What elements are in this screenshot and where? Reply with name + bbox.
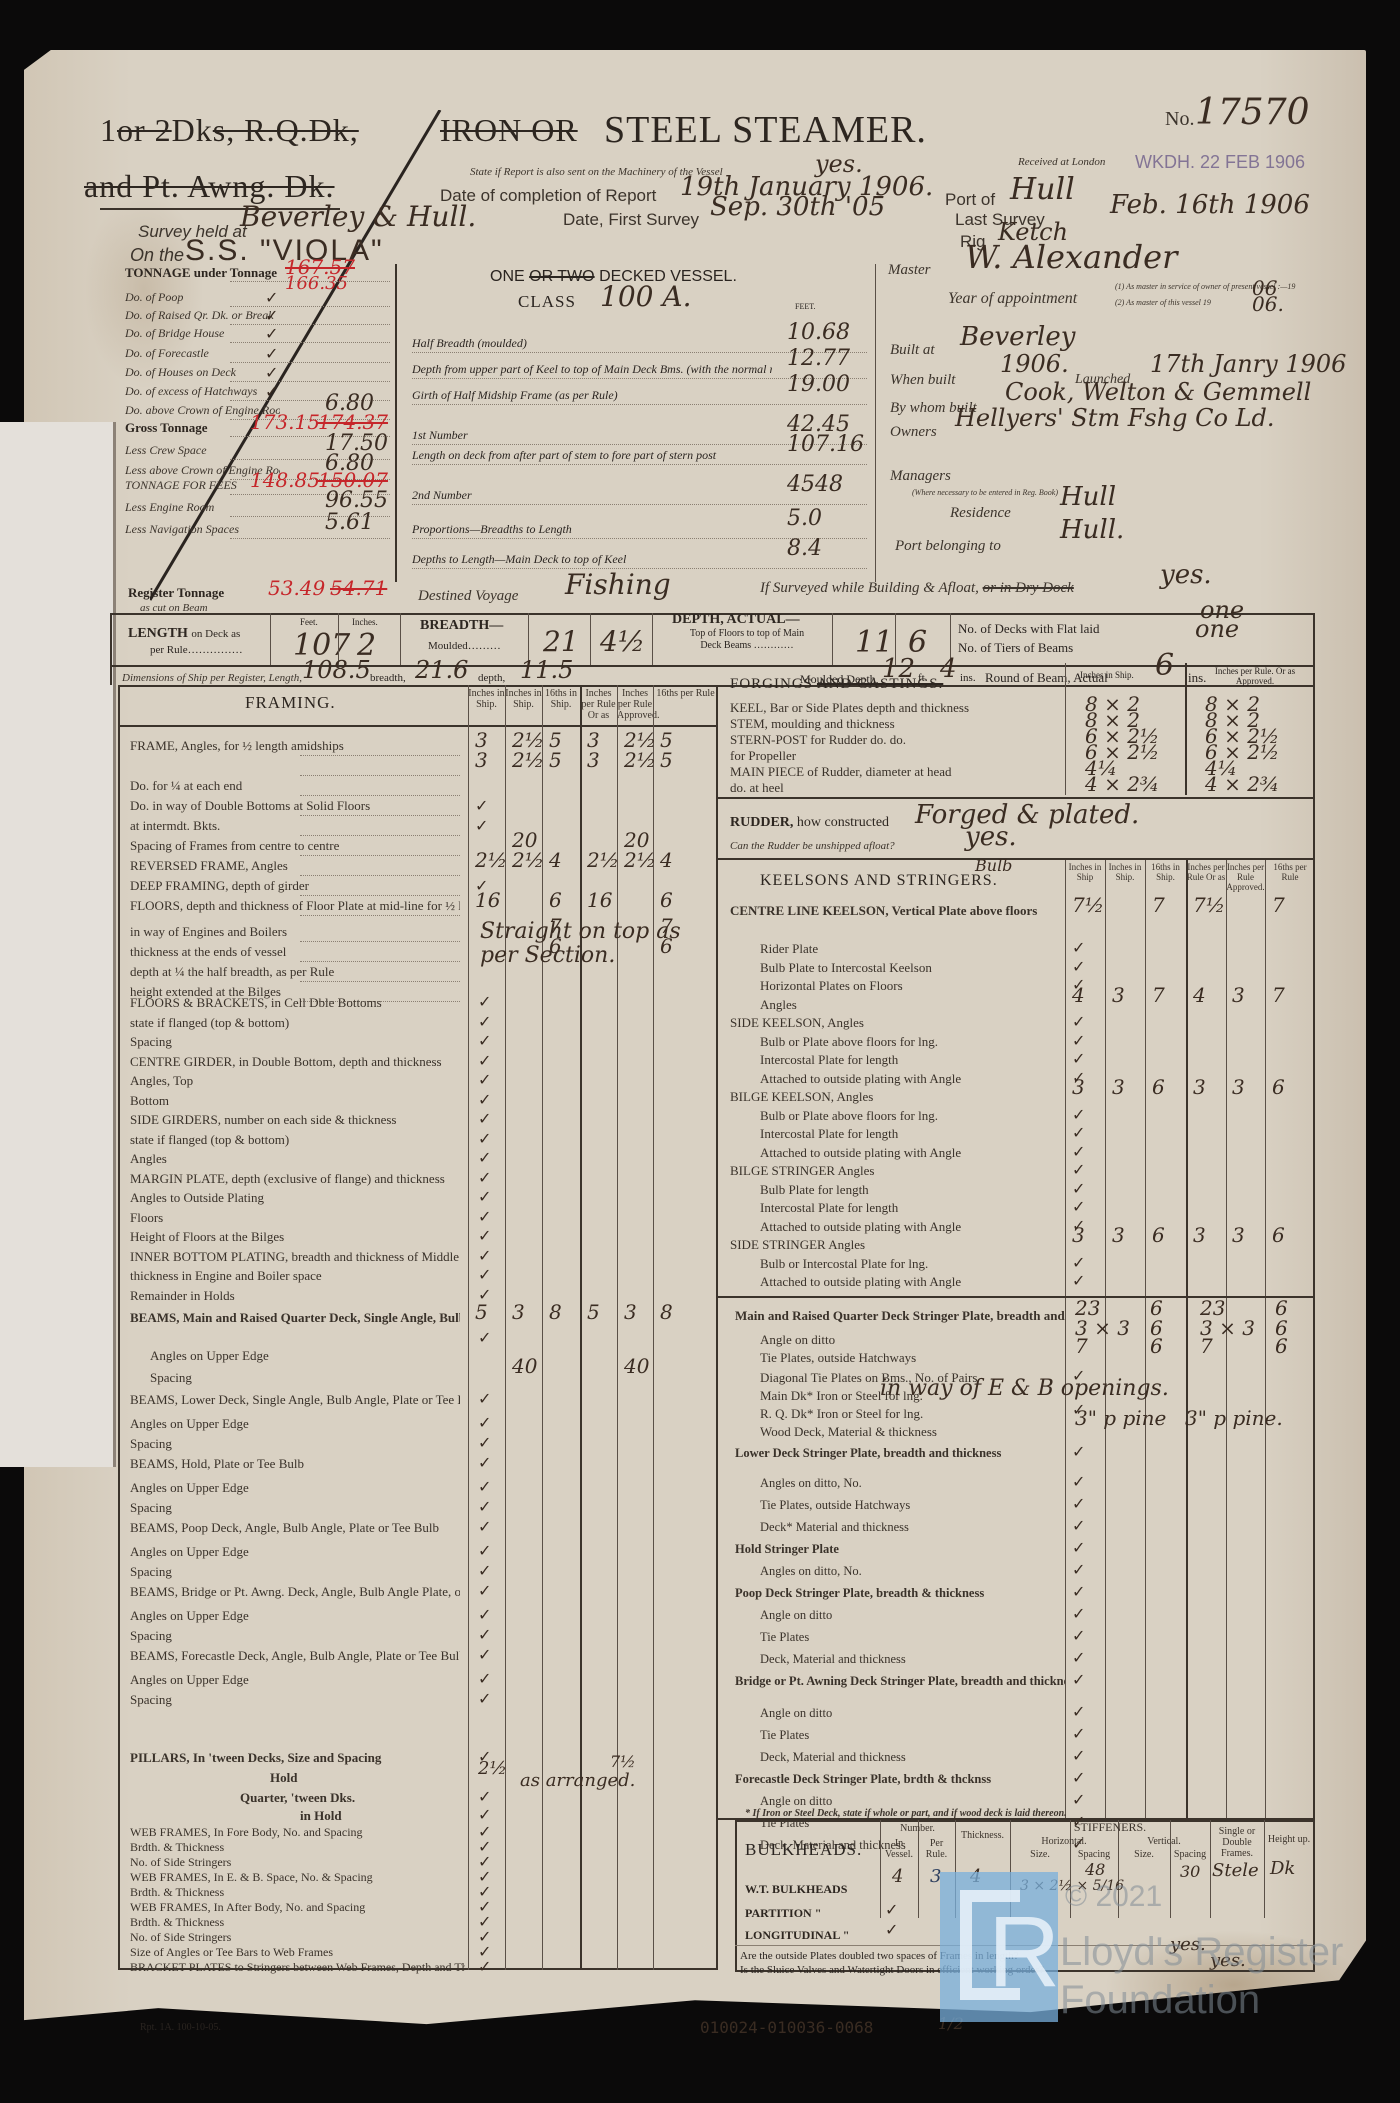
decks-flat-label: No. of Decks with Flat laid: [958, 621, 1100, 637]
keelson-row-label: Intercostal Plate for length: [760, 1052, 1060, 1068]
frames-col-header: Single or Double Frames.: [1210, 1826, 1264, 1859]
framing-row-label: Angles to Outside Plating: [130, 1190, 460, 1206]
wt-bulkheads-label: W.T. BULKHEADS: [745, 1882, 847, 1897]
check-mark: ✓: [478, 1581, 491, 1601]
check-mark: ✓: [1072, 1494, 1085, 1514]
dotted-leader: [300, 795, 460, 796]
web-frame-row-label: Brdth. & Thickness: [130, 1885, 465, 1900]
h-size-col-header: Size.: [1010, 1849, 1070, 1860]
keelson-value: 3: [1232, 983, 1245, 1007]
column-rule: [1186, 860, 1188, 1818]
framing-value: 6: [549, 888, 562, 912]
built-at-value: Beverley: [960, 322, 1075, 352]
centre-line-keelson-label: CENTRE LINE KEELSON, Vertical Plate abov…: [730, 903, 1060, 919]
keelson-row-label: Intercostal Plate for length: [760, 1126, 1060, 1142]
framing-row-label: FLOORS, depth and thickness of Floor Pla…: [130, 898, 460, 914]
check-mark: ✓: [478, 1433, 491, 1453]
check-mark: ✓: [478, 1497, 491, 1517]
pillars-note: as arranged.: [520, 1770, 635, 1791]
master-value: W. Alexander: [965, 238, 1177, 276]
year-appointment-2-value: 06.: [1252, 292, 1284, 316]
check-mark: ✓: [265, 306, 278, 326]
feet-label: FEET.: [795, 302, 816, 311]
beam-row-label: BEAMS, Bridge or Pt. Awng. Deck, Angle, …: [130, 1584, 460, 1600]
check-mark: ✓: [1072, 1142, 1085, 1162]
tie-plates-label: Tie Plates, outside Hatchways: [760, 1350, 916, 1366]
wood-deck-label: Wood Deck, Material & thickness: [760, 1424, 937, 1440]
managers-note: (Where necessary to be entered in Reg. B…: [912, 488, 1058, 497]
report-number: 17570: [1195, 92, 1310, 133]
check-mark: ✓: [1072, 1538, 1085, 1558]
keelson-value: 6: [1272, 1223, 1285, 1247]
deck-stringer-row-label: Lower Deck Stringer Plate, breadth and t…: [735, 1446, 1065, 1461]
framing-value: 2½: [624, 848, 656, 872]
framing-col-header: 16ths in Ship.: [542, 688, 580, 710]
keelson-row-label: Intercostal Plate for length: [760, 1200, 1060, 1216]
check-mark: ✓: [1072, 1626, 1085, 1646]
web-frame-row-label: BRACKET PLATES to Stringers between Web …: [130, 1960, 465, 1975]
beams-main-value: 3: [624, 1300, 637, 1324]
year-appointment-label: Year of appointment: [948, 290, 1077, 308]
keelson-value: 3: [1232, 1223, 1245, 1247]
number-col-header: Number.: [880, 1823, 955, 1834]
framing-title: FRAMING.: [245, 693, 336, 713]
keelson-value: 4: [1072, 983, 1085, 1007]
bulkheads-title: BULKHEADS.: [745, 1840, 862, 1860]
tonnage-row-label: Do. of Raised Qr. Dk. or Break: [125, 308, 280, 323]
framing-value: 4: [549, 848, 562, 872]
deck-stringer-row-label: Hold Stringer Plate: [735, 1542, 1065, 1557]
rudder-value: Forged & plated.: [915, 800, 1139, 830]
register-depth-label: depth,: [478, 672, 505, 684]
stiffeners-col-header: STIFFENERS.: [1010, 1822, 1210, 1833]
check-mark: ✓: [265, 382, 278, 402]
check-mark: ✓: [1072, 1702, 1085, 1722]
feet-col-label: Feet.: [300, 617, 318, 627]
beam-row-label: BEAMS, Hold, Plate or Tee Bulb: [130, 1456, 460, 1472]
web-frame-row-label: Size of Angles or Tee Bars to Web Frames: [130, 1945, 465, 1960]
keelson-value: 7½: [1072, 893, 1104, 917]
column-rule: [1170, 1820, 1171, 1918]
deck-type-kept: 1: [100, 112, 117, 148]
in-vessel-col-header: In Vessel.: [880, 1838, 918, 1860]
watermark-org-line2: Foundation: [1060, 1978, 1260, 2023]
check-mark: ✓: [1072, 1012, 1085, 1032]
check-mark: ✓: [478, 1787, 491, 1807]
thickness-col-header: Thickness.: [955, 1830, 1010, 1841]
year-appointment-2-label: (2) As master of this vessel 19: [1115, 298, 1211, 307]
launched-value: 17th Janry 1906: [1150, 350, 1346, 378]
web-frame-row-label: WEB FRAMES, In After Body, No. and Spaci…: [130, 1900, 465, 1915]
beams-main-value: 5: [475, 1300, 488, 1324]
web-frame-row-label: Brdth. & Thickness: [130, 1840, 465, 1855]
web-frame-row-label: Brdth. & Thickness: [130, 1915, 465, 1930]
keelson-value: 7: [1272, 983, 1285, 1007]
check-mark: ✓: [478, 1389, 491, 1409]
deck-stringer-row-label: Angles on ditto, No.: [760, 1476, 1090, 1491]
keelsons-title: KEELSONS AND STRINGERS.: [760, 872, 998, 890]
depth-actual-label: DEPTH, ACTUAL—: [672, 612, 800, 628]
class-value: 100 A.: [600, 280, 691, 313]
framing-value: 5: [549, 748, 562, 772]
check-mark: ✓: [1072, 1724, 1085, 1744]
length-label: LENGTH on Deck as: [128, 626, 240, 642]
dotted-leader: [300, 815, 460, 816]
framing-row-label: Angles, Top: [130, 1073, 460, 1089]
column-rule: [1145, 860, 1146, 1818]
beam-spacing-label: Spacing: [150, 1370, 192, 1386]
tonnage-row-label: Less Navigation Spaces: [125, 522, 280, 537]
divider: [718, 797, 1315, 799]
check-mark: ✓: [1072, 1197, 1085, 1217]
wood-deck-ship: 3" p pine: [1075, 1406, 1166, 1430]
check-mark: ✓: [1072, 938, 1085, 958]
dotted-leader: [230, 324, 390, 325]
keelson-value: 3: [1112, 1223, 1125, 1247]
beams-spacing-value: 40: [624, 1354, 649, 1378]
deck-stringer-row-label: Angles on ditto, No.: [760, 1564, 1090, 1579]
framing-row-label: at intermdt. Bkts.: [130, 818, 460, 834]
check-mark: ✓: [478, 1207, 491, 1227]
check-mark: ✓: [478, 1109, 491, 1129]
divider: [832, 613, 833, 665]
vessel-row-label: Length on deck from after part of stem t…: [412, 448, 772, 463]
framing-value: 16: [587, 888, 612, 912]
length-sublabel: per Rule……………: [150, 644, 243, 656]
dotted-leader: [300, 941, 460, 942]
framing-row-label: depth at ¼ the half breadth, as per Rule: [130, 964, 460, 980]
keelson-value: 3: [1193, 1223, 1206, 1247]
v-spacing-col-header: Spacing: [1170, 1849, 1210, 1860]
forging-row-label: for Propeller: [730, 748, 1060, 764]
decked-one: ONE: [490, 268, 525, 285]
forging-row-label: STEM, moulding and thickness: [730, 716, 1060, 732]
keelson-col-header: Inches per Rule Approved.: [1226, 862, 1265, 892]
dotted-leader: [300, 835, 460, 836]
port-belonging-value: Hull.: [1060, 515, 1124, 545]
vertical-col-header: Vertical.: [1118, 1836, 1210, 1847]
rq-dk-label: R. Q. Dk* Iron or Steel for lng.: [760, 1406, 923, 1422]
deck-stringer-row-label: Poop Deck Stringer Plate, breadth & thic…: [735, 1586, 1065, 1601]
keelson-row-label: BILGE STRINGER Angles: [730, 1163, 1060, 1179]
received-label: Received at London: [1018, 156, 1105, 168]
keelson-value: 7½: [1193, 893, 1225, 917]
framing-value: 2½: [475, 848, 507, 872]
beams-main-value: 5: [587, 1300, 600, 1324]
height-col-header: Height up.: [1264, 1834, 1314, 1845]
last-survey-value: Feb. 16th 1906: [1110, 190, 1310, 220]
check-mark: ✓: [1072, 1516, 1085, 1536]
check-mark: ✓: [1072, 1472, 1085, 1492]
round-beam-value: 6: [1155, 648, 1174, 683]
pillars-hold-value: 2½: [478, 1758, 507, 1779]
longitudinal-label: LONGITUDINAL ": [745, 1928, 849, 1943]
check-mark: ✓: [1072, 1790, 1085, 1810]
keelson-value: 3: [1193, 1075, 1206, 1099]
keelson-value: 6: [1272, 1075, 1285, 1099]
framing-value: 2½: [587, 848, 619, 872]
depth-actual-sublabel: Top of Floors to top of MainDeck Beams ……: [672, 628, 822, 652]
main-dk-value: in way of E & B openings.: [880, 1376, 1169, 1401]
owners-value: Hellyers' Stm Fshg Co Ld.: [955, 404, 1275, 432]
framing-row-label: thickness at the ends of vessel: [130, 944, 460, 960]
framing-col-header: 16ths per Rule: [653, 688, 718, 699]
check-mark: ✓: [1072, 1105, 1085, 1125]
check-mark: ✓: [478, 1689, 491, 1709]
beams-main-value: 3: [512, 1300, 525, 1324]
keelson-col-header: Inches per Rule Or as: [1186, 862, 1226, 882]
rudder-label: RUDDER, how constructed: [730, 815, 889, 831]
keelson-value: 3: [1072, 1075, 1085, 1099]
vessel-row-value: 8.4: [787, 536, 822, 561]
keelsons-bulb-note: Bulb: [975, 856, 1012, 875]
deck-footnote: * If Iron or Steel Deck, state if whole …: [745, 1808, 1067, 1819]
dotted-leader: [412, 404, 867, 405]
framing-row-label: Do. in way of Double Bottoms at Solid Fl…: [130, 798, 460, 814]
check-mark: ✓: [1072, 957, 1085, 977]
keelson-value: 4: [1193, 983, 1206, 1007]
beam-row-label: Spacing: [130, 1436, 460, 1452]
beam-row-label: Angles on Upper Edge: [130, 1608, 460, 1624]
breadth-label: BREADTH—: [420, 618, 503, 634]
surveyed-value: yes.: [1160, 560, 1212, 590]
keelson-col-header: 16ths per Rule: [1265, 862, 1315, 882]
deck-stringer-value: 7: [1200, 1334, 1213, 1358]
beam-row-label: Angles on Upper Edge: [130, 1544, 460, 1560]
vessel-row-value: 5.0: [787, 506, 822, 531]
framing-value: 3: [587, 748, 600, 772]
divider: [1185, 663, 1187, 795]
tonnage-row-label: Do. of Poop: [125, 290, 280, 305]
framing-value: 2½: [512, 748, 544, 772]
on-the-label: On the: [130, 245, 184, 266]
beam-row-label: Spacing: [130, 1500, 460, 1516]
divider: [400, 613, 401, 665]
check-mark: ✓: [478, 1605, 491, 1625]
check-mark: ✓: [478, 1187, 491, 1207]
web-frame-row-label: WEB FRAMES, In E. & B. Space, No. & Spac…: [130, 1870, 465, 1885]
pillars-note-value: 7½: [610, 1752, 636, 1771]
surveyed-label: If Surveyed while Building & Afloat, or …: [760, 580, 1074, 597]
framing-row-label: DEEP FRAMING, depth of girder: [130, 878, 460, 894]
tonnage-row-label: Do. of Forecastle: [125, 346, 280, 361]
tiers-label: No. of Tiers of Beams: [958, 640, 1073, 656]
forging-row-label: do. at heel: [730, 780, 1060, 796]
register-dims-label: Dimensions of Ship per Register, Length,: [122, 672, 302, 684]
check-mark: ✓: [885, 1920, 898, 1940]
framing-value: 2½: [624, 748, 656, 772]
forging-row-label: STERN-POST for Rudder do. do.: [730, 732, 1060, 748]
vessel-row-value: 19.00: [787, 372, 850, 397]
wt-height: Dk: [1270, 1858, 1295, 1879]
dotted-leader: [300, 915, 460, 916]
divider: [875, 264, 876, 582]
framing-col-header: Inches per Rule Or as: [580, 688, 617, 721]
check-mark: ✓: [265, 363, 278, 383]
web-frame-row-label: No. of Side Stringers: [130, 1930, 465, 1945]
archive-reference: 010024-010036-0068: [700, 2018, 873, 2037]
horizontal-col-header: Horizontal.: [1010, 1836, 1118, 1847]
keelson-value: 3: [1072, 1223, 1085, 1247]
deck-stringer-value: 7: [1075, 1334, 1088, 1358]
check-mark: ✓: [478, 1517, 491, 1537]
breadth-sublabel: Moulded………: [428, 640, 501, 652]
check-mark: ✓: [478, 1413, 491, 1433]
keelson-value: 7: [1272, 893, 1285, 917]
divider: [118, 725, 718, 727]
framing-row-label: REVERSED FRAME, Angles: [130, 858, 460, 874]
forgings-title-text: FORGINGS: [730, 676, 813, 692]
per-rule-col-header: Per Rule.: [918, 1838, 955, 1860]
dotted-leader: [300, 875, 460, 876]
pillars-hold-label: Hold: [270, 1770, 297, 1786]
keelson-row-label: Attached to outside plating with Angle: [760, 1274, 1060, 1290]
column-rule: [468, 685, 469, 1970]
vessel-row-value: 107.16: [787, 432, 864, 457]
deck-stringer-row-label: Angle on ditto: [760, 1608, 1090, 1623]
framing-row-label: Spacing: [130, 1034, 460, 1050]
v-size-col-header: Size.: [1118, 1849, 1170, 1860]
check-mark: ✓: [478, 1012, 491, 1032]
wt-h-spacing: 48: [1085, 1860, 1105, 1879]
check-mark: ✓: [1072, 1271, 1085, 1291]
check-mark: ✓: [478, 1265, 491, 1285]
forgings-title-struck: AND CASTINGS.: [817, 676, 943, 692]
deck-stringer-row-label: Angle on ditto: [760, 1706, 1090, 1721]
dotted-leader: [300, 895, 460, 896]
framing-col-header: Inches per Rule Approved.: [617, 688, 653, 721]
port-value: Hull: [1010, 172, 1075, 207]
keelson-col-header: Inches in Ship: [1065, 862, 1105, 882]
tonnage-row-label: TONNAGE under Tonnage Deck: [125, 265, 280, 281]
beam-row-label: Angles on Upper Edge: [150, 1348, 269, 1364]
framing-row-label: Floors: [130, 1210, 460, 1226]
deck-stringer-row-label: Deck, Material and thickness: [760, 1750, 1090, 1765]
dotted-leader: [230, 381, 390, 382]
managers-label: Managers: [890, 468, 951, 485]
built-at-label: Built at: [890, 342, 935, 359]
beam-row-label: BEAMS, Poop Deck, Angle, Bulb Angle, Pla…: [130, 1520, 460, 1536]
framing-row-label: state if flanged (top & bottom): [130, 1132, 460, 1148]
vessel-row-label: 2nd Number: [412, 488, 772, 503]
keelson-value: 3: [1232, 1075, 1245, 1099]
tonnage-value: 173.15: [250, 410, 320, 434]
forgings-title: FORGINGS AND CASTINGS.: [730, 676, 943, 693]
tonnage-value: 5.61: [325, 510, 374, 535]
main-deck-stringer-label: Main and Raised Quarter Deck Stringer Pl…: [735, 1308, 1065, 1324]
tonnage-row-label: Less Engine Room: [125, 500, 280, 515]
residence-label: Residence: [950, 505, 1011, 522]
keelson-value: 3: [1112, 983, 1125, 1007]
check-mark: ✓: [1072, 1582, 1085, 1602]
tiers-value: one: [1195, 615, 1239, 643]
register-tonnage-value-struck: 54.71: [330, 576, 387, 600]
received-stamp: WKDH. 22 FEB 1906: [1135, 152, 1305, 173]
divider: [590, 613, 591, 665]
dotted-leader: [300, 961, 460, 962]
survey-held-value: Beverley & Hull.: [240, 200, 476, 233]
port-label: Port of: [945, 190, 995, 210]
framing-value: 2½: [512, 848, 544, 872]
divider: [110, 665, 1315, 667]
keelson-value: 3: [1112, 1075, 1125, 1099]
check-mark: ✓: [478, 1541, 491, 1561]
beams-main-value: 8: [549, 1300, 562, 1324]
framing-row-label: Height of Floors at the Bilges: [130, 1229, 460, 1245]
launched-label: Launched: [1075, 372, 1130, 388]
check-mark: ✓: [478, 1453, 491, 1473]
check-mark: ✓: [478, 1477, 491, 1497]
register-breadth-label: breadth,: [370, 672, 406, 684]
framing-value: 3: [475, 748, 488, 772]
wood-deck-rule: 3" p pine.: [1185, 1406, 1283, 1430]
check-mark: ✓: [1072, 1160, 1085, 1180]
framing-row-label: FRAME, Angles, for ½ length amidships: [130, 738, 460, 754]
framing-row-label: Remainder in Holds: [130, 1288, 460, 1304]
tonnage-row-label: Less Crew Space: [125, 443, 280, 458]
dotted-leader: [300, 855, 460, 856]
dotted-leader: [230, 362, 390, 363]
owners-label: Owners: [890, 424, 937, 441]
beams-spacing-value: 40: [512, 1354, 537, 1378]
page-title: STEEL STEAMER.: [604, 108, 927, 152]
check-mark: ✓: [478, 1246, 491, 1266]
beam-row-label: Angles on Upper Edge: [130, 1416, 460, 1432]
deck-stringer-value: 6: [1275, 1334, 1288, 1358]
framing-row-label: CENTRE GIRDER, in Double Bottom, depth a…: [130, 1054, 460, 1070]
framing-value: 16: [475, 888, 500, 912]
dotted-leader: [300, 755, 460, 756]
keelson-value: 7: [1152, 893, 1165, 917]
destined-voyage-value: Fishing: [565, 568, 671, 601]
master-label: Master: [888, 262, 931, 279]
vessel-row-label: Depths to Length—Main Deck to top of Kee…: [412, 552, 772, 567]
check-mark: ✓: [475, 816, 488, 836]
check-mark: ✓: [478, 1328, 491, 1348]
beam-row-label: BEAMS, Forecastle Deck, Angle, Bulb Angl…: [130, 1648, 460, 1664]
beam-row-label: BEAMS, Lower Deck, Single Angle, Bulb An…: [130, 1392, 460, 1408]
forging-ship-value: 4 × 2¾: [1085, 772, 1159, 796]
class-label: CLASS: [518, 292, 576, 312]
framing-row-label: FLOORS & BRACKETS, in Cell Dble Bottoms: [130, 995, 460, 1011]
deck-stringer-row-label: Forecastle Deck Stringer Plate, brdth & …: [735, 1772, 1065, 1787]
divider: [652, 613, 653, 665]
check-mark: ✓: [1072, 1746, 1085, 1766]
pillars-quarter-label: Quarter, 'tween Dks.: [240, 1790, 355, 1806]
framing-row-label: MARGIN PLATE, depth (exclusive of flange…: [130, 1171, 460, 1187]
check-mark: ✓: [478, 992, 491, 1012]
dotted-leader: [230, 306, 390, 307]
keelson-row-label: SIDE KEELSON, Angles: [730, 1015, 1060, 1031]
framing-row-label: Bottom: [130, 1093, 460, 1109]
page-tab-edge: [0, 422, 116, 1467]
keelson-value: 6: [1152, 1223, 1165, 1247]
wt-in-vessel: 4: [892, 1866, 903, 1887]
keelson-col-header: Inches in Ship.: [1105, 862, 1145, 882]
pillars-in-hold-label: in Hold: [300, 1808, 342, 1824]
framing-row-label: INNER BOTTOM PLATING, breadth and thickn…: [130, 1249, 460, 1265]
framing-row-label: Angles: [130, 1151, 460, 1167]
logo-r-glyph: R: [988, 1902, 1060, 2002]
deck-stringer-row-label: Tie Plates: [760, 1630, 1090, 1645]
pillars-label: PILLARS, In 'tween Decks, Size and Spaci…: [130, 1750, 381, 1766]
register-length: 108.5: [302, 656, 371, 684]
keelson-value: 6: [1152, 1075, 1165, 1099]
keelson-row-label: Attached to outside plating with Angle: [760, 1219, 1060, 1235]
breadth-ft: 21: [543, 625, 579, 658]
wt-v-spacing: 30: [1180, 1862, 1200, 1881]
divider: [1065, 663, 1066, 795]
